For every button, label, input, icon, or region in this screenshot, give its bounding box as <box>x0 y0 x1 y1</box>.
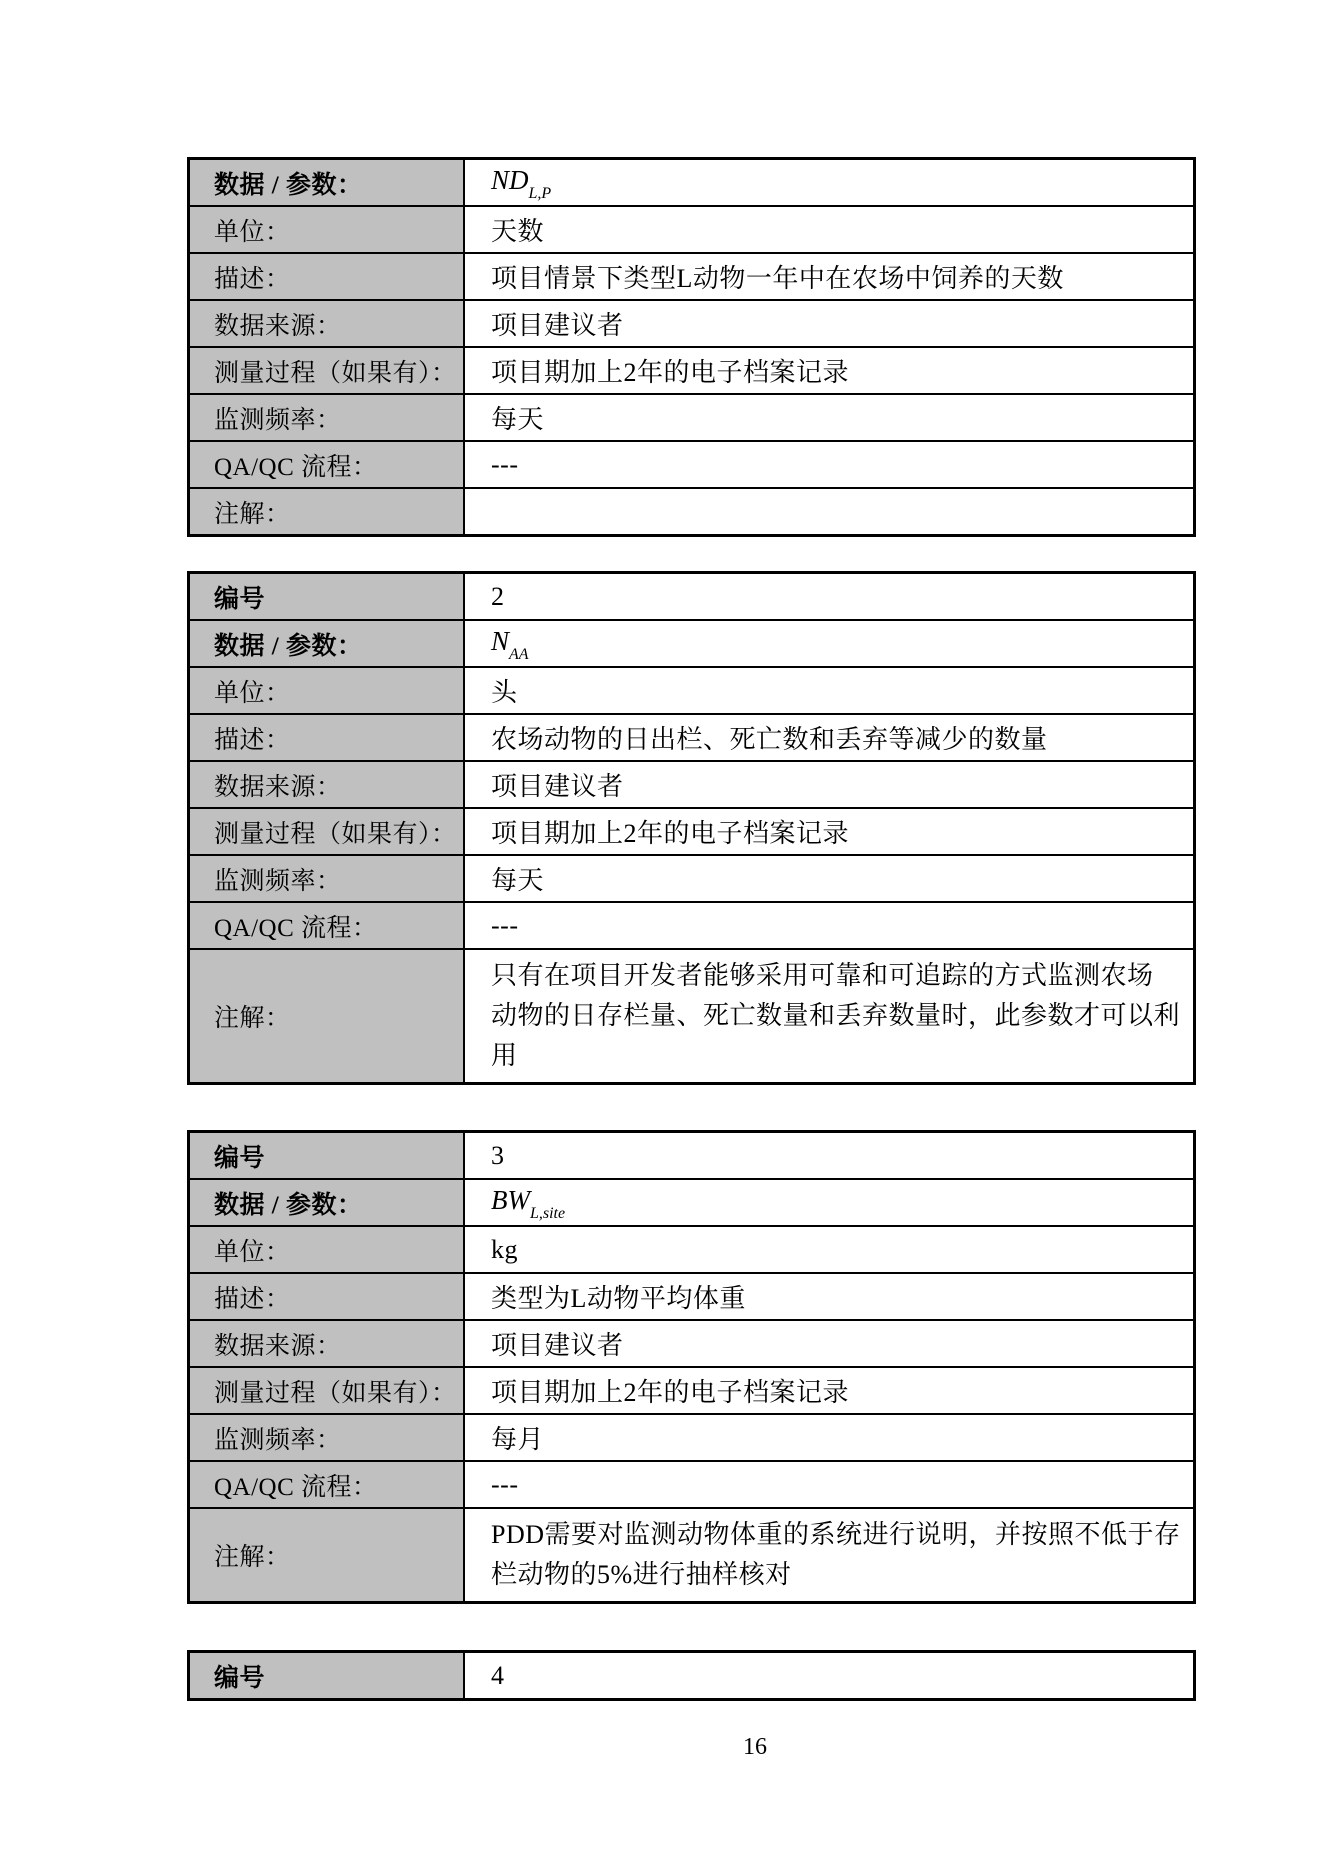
data-source-label: 数据来源： <box>190 762 465 807</box>
measurement-procedure-value: 项目期加上2年的电子档案记录 <box>465 809 1193 854</box>
row-data-parameter: 数据 / 参数： BWL,site <box>190 1178 1193 1225</box>
unit-value: 天数 <box>465 207 1193 252</box>
row-remark: 注解： PDD需要对监测动物体重的系统进行说明，并按照不低于存 栏动物的5%进行… <box>190 1507 1193 1601</box>
description-value: 农场动物的日出栏、死亡数和丢弃等减少的数量 <box>465 715 1193 760</box>
data-source-value: 项目建议者 <box>465 301 1193 346</box>
unit-value: 头 <box>465 668 1193 713</box>
unit-label: 单位： <box>190 1227 465 1272</box>
document-page: { "page": { "number": "16" }, "colors": … <box>0 0 1323 1871</box>
description-value: 类型为L动物平均体重 <box>465 1274 1193 1319</box>
data-parameter-value: NDL,P <box>465 160 1193 205</box>
number-value: 2 <box>465 574 1193 619</box>
row-data-source: 数据来源： 项目建议者 <box>190 1319 1193 1366</box>
row-remark: 注解： <box>190 487 1193 534</box>
qaqc-label: QA/QC 流程： <box>190 1462 465 1507</box>
row-qaqc: QA/QC 流程： --- <box>190 1460 1193 1507</box>
parameter-table-1: 数据 / 参数： NDL,P 单位： 天数 描述： 项目情景下类型L动物一年中在… <box>187 157 1196 537</box>
page-number: 16 <box>743 1734 767 1761</box>
page-content: 数据 / 参数： NDL,P 单位： 天数 描述： 项目情景下类型L动物一年中在… <box>187 157 1196 1701</box>
description-label: 描述： <box>190 1274 465 1319</box>
remark-value: 只有在项目开发者能够采用可靠和可追踪的方式监测农场 动物的日存栏量、死亡数量和丢… <box>465 950 1193 1082</box>
data-source-label: 数据来源： <box>190 301 465 346</box>
row-measurement-procedure: 测量过程（如果有）： 项目期加上2年的电子档案记录 <box>190 346 1193 393</box>
remark-value <box>465 489 1193 534</box>
parameter-table-3: 编号 3 数据 / 参数： BWL,site 单位： kg 描述： 类型为L动物… <box>187 1130 1196 1604</box>
row-data-parameter: 数据 / 参数： NDL,P <box>190 160 1193 205</box>
monitoring-frequency-label: 监测频率： <box>190 856 465 901</box>
row-measurement-procedure: 测量过程（如果有）： 项目期加上2年的电子档案记录 <box>190 807 1193 854</box>
remark-value: PDD需要对监测动物体重的系统进行说明，并按照不低于存 栏动物的5%进行抽样核对 <box>465 1509 1193 1601</box>
monitoring-frequency-value: 每月 <box>465 1415 1193 1460</box>
measurement-procedure-label: 测量过程（如果有）： <box>190 809 465 854</box>
qaqc-value: --- <box>465 903 1193 948</box>
parameter-subscript: L,site <box>530 1205 565 1222</box>
row-monitoring-frequency: 监测频率： 每月 <box>190 1413 1193 1460</box>
data-parameter-value: BWL,site <box>465 1180 1193 1225</box>
qaqc-label: QA/QC 流程： <box>190 442 465 487</box>
qaqc-value: --- <box>465 1462 1193 1507</box>
row-data-source: 数据来源： 项目建议者 <box>190 760 1193 807</box>
parameter-symbol: BWL,site <box>491 1185 565 1220</box>
measurement-procedure-value: 项目期加上2年的电子档案记录 <box>465 348 1193 393</box>
unit-label: 单位： <box>190 668 465 713</box>
row-description: 描述： 类型为L动物平均体重 <box>190 1272 1193 1319</box>
row-remark: 注解： 只有在项目开发者能够采用可靠和可追踪的方式监测农场 动物的日存栏量、死亡… <box>190 948 1193 1082</box>
qaqc-label: QA/QC 流程： <box>190 903 465 948</box>
measurement-procedure-value: 项目期加上2年的电子档案记录 <box>465 1368 1193 1413</box>
parameter-subscript: AA <box>509 646 529 663</box>
data-parameter-label: 数据 / 参数： <box>190 160 465 205</box>
remark-label: 注解： <box>190 489 465 534</box>
number-label: 编号 <box>190 1133 465 1178</box>
monitoring-frequency-label: 监测频率： <box>190 395 465 440</box>
row-monitoring-frequency: 监测频率： 每天 <box>190 854 1193 901</box>
monitoring-frequency-value: 每天 <box>465 395 1193 440</box>
monitoring-frequency-label: 监测频率： <box>190 1415 465 1460</box>
row-unit: 单位： 头 <box>190 666 1193 713</box>
data-parameter-label: 数据 / 参数： <box>190 621 465 666</box>
row-unit: 单位： kg <box>190 1225 1193 1272</box>
number-value: 4 <box>465 1653 1193 1698</box>
row-data-source: 数据来源： 项目建议者 <box>190 299 1193 346</box>
parameter-subscript: L,P <box>529 185 552 202</box>
row-number: 编号 4 <box>190 1653 1193 1698</box>
parameter-symbol: NAA <box>491 626 529 661</box>
row-unit: 单位： 天数 <box>190 205 1193 252</box>
data-source-value: 项目建议者 <box>465 1321 1193 1366</box>
number-label: 编号 <box>190 574 465 619</box>
data-source-value: 项目建议者 <box>465 762 1193 807</box>
unit-value: kg <box>465 1227 1193 1272</box>
data-source-label: 数据来源： <box>190 1321 465 1366</box>
row-description: 描述： 项目情景下类型L动物一年中在农场中饲养的天数 <box>190 252 1193 299</box>
number-value: 3 <box>465 1133 1193 1178</box>
row-qaqc: QA/QC 流程： --- <box>190 901 1193 948</box>
unit-label: 单位： <box>190 207 465 252</box>
row-qaqc: QA/QC 流程： --- <box>190 440 1193 487</box>
monitoring-frequency-value: 每天 <box>465 856 1193 901</box>
row-number: 编号 3 <box>190 1133 1193 1178</box>
parameter-table-4: 编号 4 <box>187 1650 1196 1701</box>
remark-label: 注解： <box>190 1509 465 1601</box>
row-data-parameter: 数据 / 参数： NAA <box>190 619 1193 666</box>
data-parameter-label: 数据 / 参数： <box>190 1180 465 1225</box>
description-label: 描述： <box>190 715 465 760</box>
row-monitoring-frequency: 监测频率： 每天 <box>190 393 1193 440</box>
parameter-symbol: NDL,P <box>491 165 551 200</box>
row-number: 编号 2 <box>190 574 1193 619</box>
qaqc-value: --- <box>465 442 1193 487</box>
row-measurement-procedure: 测量过程（如果有）： 项目期加上2年的电子档案记录 <box>190 1366 1193 1413</box>
parameter-table-2: 编号 2 数据 / 参数： NAA 单位： 头 描述： 农场动物的日出栏、死亡数… <box>187 571 1196 1085</box>
measurement-procedure-label: 测量过程（如果有）： <box>190 348 465 393</box>
measurement-procedure-label: 测量过程（如果有）： <box>190 1368 465 1413</box>
remark-label: 注解： <box>190 950 465 1082</box>
description-value: 项目情景下类型L动物一年中在农场中饲养的天数 <box>465 254 1193 299</box>
description-label: 描述： <box>190 254 465 299</box>
row-description: 描述： 农场动物的日出栏、死亡数和丢弃等减少的数量 <box>190 713 1193 760</box>
number-label: 编号 <box>190 1653 465 1698</box>
data-parameter-value: NAA <box>465 621 1193 666</box>
